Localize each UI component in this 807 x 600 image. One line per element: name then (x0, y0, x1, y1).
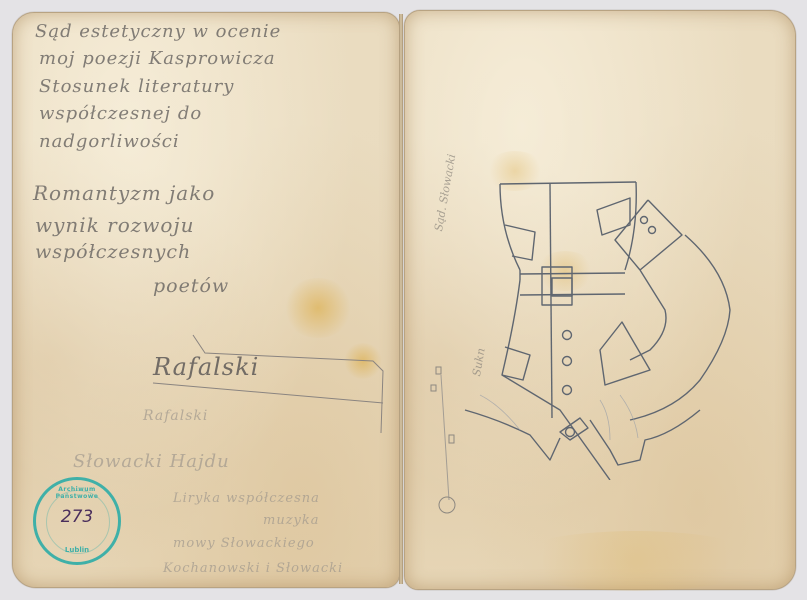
handwriting-line-6: Romantyzm jako (33, 181, 215, 205)
handwriting-line-7: wynik rozwoju (35, 213, 195, 237)
stamp-top-text: Archiwum Państwowe (36, 486, 118, 500)
jacket-sketch (460, 170, 760, 480)
faint-line-4: Kochanowski i Słowacki (163, 561, 343, 576)
handwriting-line-8: współczesnych (35, 241, 191, 263)
handwriting-line-1: Sąd estetyczny w ocenie (35, 21, 281, 42)
handwriting-line-3: Stosunek literatury (39, 76, 234, 97)
stamp-number: 273 (36, 507, 118, 527)
handwriting-line-4: współczesnej do (39, 103, 202, 124)
stamp-bottom-text: Lublin (36, 546, 118, 554)
handwriting-line-5: nadgorliwości (39, 131, 180, 152)
margin-doodle (425, 330, 465, 520)
archive-stamp: Archiwum Państwowe 273 Lublin (33, 477, 121, 565)
handwriting-line-11: Słowacki Hajdu (73, 451, 230, 472)
booklet-spine (399, 14, 403, 584)
water-stain (505, 531, 765, 591)
faint-line-2: muzyka (263, 513, 320, 528)
handwriting-line-2: moj poezji Kasprowicza (39, 48, 276, 69)
handwriting-line-9: poetów (153, 275, 229, 297)
handwriting-line-10: Rafalski (143, 408, 208, 424)
faint-line-1: Liryka współczesna (173, 491, 320, 506)
faint-line-3: mowy Słowackiego (173, 536, 315, 551)
